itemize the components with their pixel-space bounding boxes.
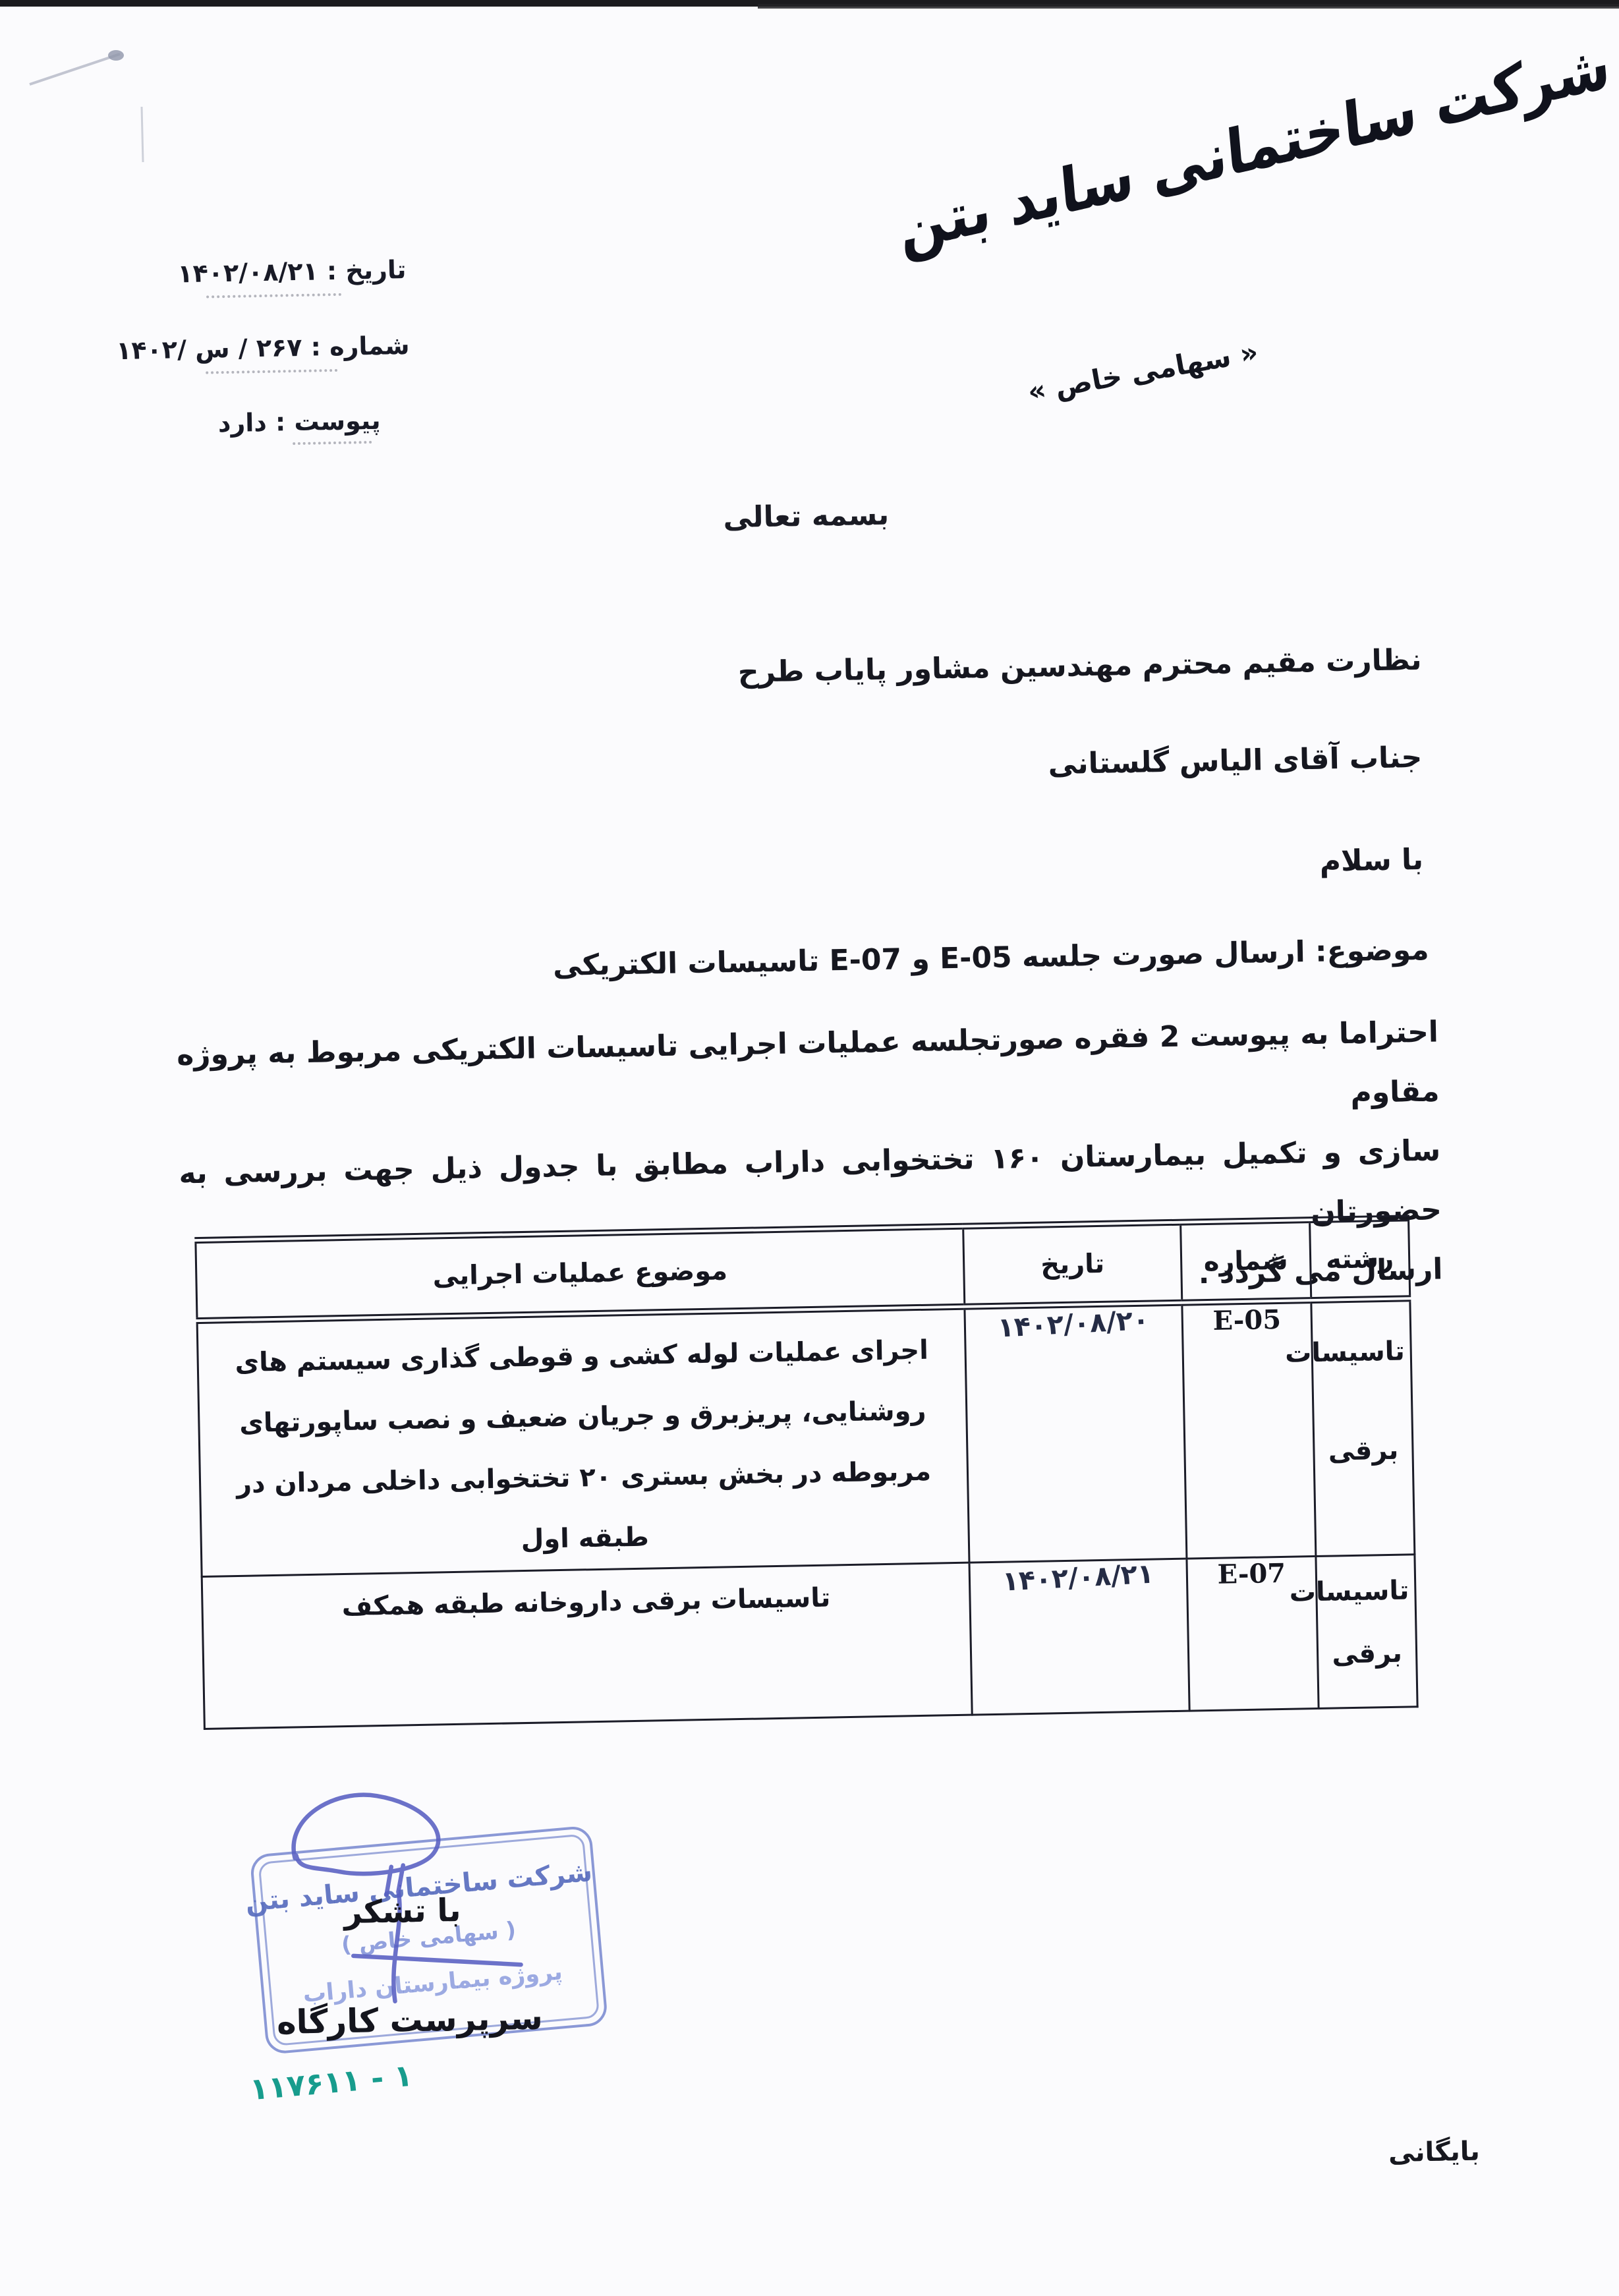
besmele-heading: بسمه تعالی bbox=[700, 498, 912, 535]
handwritten-date: ۱۴۰۲/۰۸/۲۰ bbox=[997, 1304, 1150, 1344]
signatory-title: سرپرست کارگاه bbox=[277, 1999, 544, 2042]
archive-label: بایگانی bbox=[1388, 2137, 1481, 2169]
archive-number-handwritten: ۱۱۷۶۱۱ - ۱ bbox=[248, 2057, 414, 2108]
company-name-calligraphy: شرکت ساختمانی ساید بتن bbox=[897, 59, 1487, 266]
salutation-line: با سلام bbox=[1319, 843, 1423, 878]
col-header-field: رشته bbox=[1310, 1218, 1410, 1300]
thanks-note: با تشکر bbox=[344, 1892, 461, 1931]
company-type-caption: « سهامی خاص » bbox=[1004, 331, 1282, 412]
col-header-subject: موضوع عملیات اجرایی bbox=[196, 1226, 965, 1321]
recipient-line-1: نظارت مقیم محترم مهندسین مشاور پایاب طرح bbox=[737, 643, 1422, 689]
table-row: تاسیسات برقی E-05 ۱۴۰۲/۰۸/۲۰ اجرای عملیا… bbox=[197, 1298, 1415, 1576]
letter-sheet: شرکت ساختمانی ساید بتن « سهامی خاص » تار… bbox=[0, 0, 1619, 2296]
cell-date: ۱۴۰۲/۰۸/۲۱ bbox=[969, 1559, 1189, 1715]
number-label: شماره : bbox=[310, 331, 410, 362]
scanned-letter-page: شرکت ساختمانی ساید بتن « سهامی خاص » تار… bbox=[0, 0, 1619, 2296]
handwritten-date: ۱۴۰۲/۰۸/۲۱ bbox=[1002, 1558, 1154, 1597]
signature-loop bbox=[293, 1793, 439, 1875]
dotted-underline bbox=[206, 369, 337, 374]
table-row: تاسیسات برقی E-07 ۱۴۰۲/۰۸/۲۱ تاسیسات برق… bbox=[202, 1555, 1417, 1729]
date-value: ۱۴۰۲/۰۸/۲۱ bbox=[177, 256, 318, 288]
col-header-number: شماره bbox=[1181, 1220, 1311, 1303]
attachment-value: دارد bbox=[217, 408, 267, 438]
attachment-label: پیوست : bbox=[275, 406, 381, 437]
recipient-line-2: جناب آقای الیاس گلستانی bbox=[1048, 741, 1423, 781]
cell-subject: تاسیسات برقی داروخانه طبقه همکف bbox=[202, 1563, 972, 1729]
dotted-underline bbox=[206, 293, 341, 299]
body-line-1: احتراما به پیوست 2 فقره صورتجلسه عملیات … bbox=[176, 1002, 1440, 1144]
meta-date-line: تاریخ : ۱۴۰۲/۰۸/۲۱ bbox=[177, 255, 407, 288]
signature-strike-line bbox=[353, 1953, 521, 1968]
number-value: ۲۶۷ / س /۱۴۰۲ bbox=[116, 333, 302, 365]
cell-field: تاسیسات برقی bbox=[1311, 1298, 1415, 1556]
cell-field: تاسیسات برقی bbox=[1316, 1555, 1417, 1709]
meta-attachment-line: پیوست : دارد bbox=[217, 406, 381, 438]
date-label: تاریخ : bbox=[327, 255, 407, 285]
cell-subject: اجرای عملیات لوله کشی و قوطی گذاری سیستم… bbox=[197, 1307, 969, 1577]
dotted-underline bbox=[293, 441, 372, 445]
meta-number-line: شماره : ۲۶۷ / س /۱۴۰۲ bbox=[116, 331, 410, 365]
operations-table: رشته شماره تاریخ موضوع عملیات اجرایی تاس… bbox=[194, 1215, 1418, 1730]
col-header-date: تاریخ bbox=[963, 1222, 1182, 1307]
cell-date: ۱۴۰۲/۰۸/۲۰ bbox=[965, 1303, 1187, 1563]
subject-line: موضوع: ارسال صورت جلسه E-05 و E-07 تاسیس… bbox=[553, 933, 1429, 983]
